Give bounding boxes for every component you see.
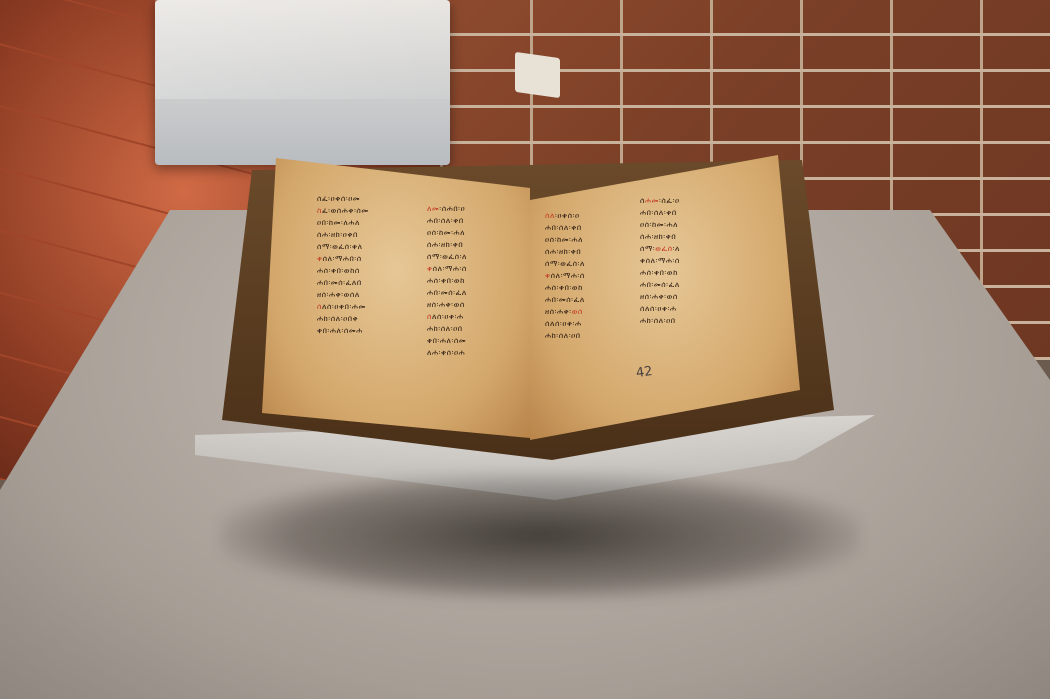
right-page-text-column-1: ሰለ፡ዐቀሰ፡ዐ ሐበ፡ሰለ፡ቀበ ዐሰ፡ከመ፡ሐለ ሰሐ፡ዘከ፡ቀበ ሰማ፡ወ… (545, 210, 635, 370)
manuscript-right-page: ሰለ፡ዐቀሰ፡ዐ ሐበ፡ሰለ፡ቀበ ዐሰ፡ከመ፡ሐለ ሰሐ፡ዘከ፡ቀበ ሰማ፡ወ… (530, 155, 800, 440)
left-page-text-column-2: ለመ፡ሰሐበ፡ዐ ሐበ፡ሰለ፡ቀበ ዐሰ፡ከመ፡ሐለ ሰሐ፡ዘከ፡ቀበ ሰማ፡ወ… (427, 203, 517, 383)
wall-outlet (515, 52, 560, 98)
right-page-text-column-2: ሰሐመ፡ሰፈ፡ዐ ሐበ፡ሰለ፡ቀበ ዐሰ፡ከመ፡ሐለ ሰሐ፡ዘከ፡ቀበ ሰማ፡ወ… (640, 195, 735, 365)
left-page-text-column-1: ሰፈ፡ዐቀሰ፡ዐመ ስፈ፡ወሰሐቀ፡ሰመ ዐበ፡ከመ፡ለሐለ ሰሐ፡ዘከ፡ዐቀበ… (317, 193, 412, 353)
background-display-case (155, 0, 450, 165)
photo-scene: ሰፈ፡ዐቀሰ፡ዐመ ስፈ፡ወሰሐቀ፡ሰመ ዐበ፡ከመ፡ለሐለ ሰሐ፡ዘከ፡ዐቀበ… (0, 0, 1050, 699)
manuscript-left-page: ሰፈ፡ዐቀሰ፡ዐመ ስፈ፡ወሰሐቀ፡ሰመ ዐበ፡ከመ፡ለሐለ ሰሐ፡ዘከ፡ዐቀበ… (262, 158, 530, 438)
page-number-annotation: 42 (635, 364, 653, 381)
